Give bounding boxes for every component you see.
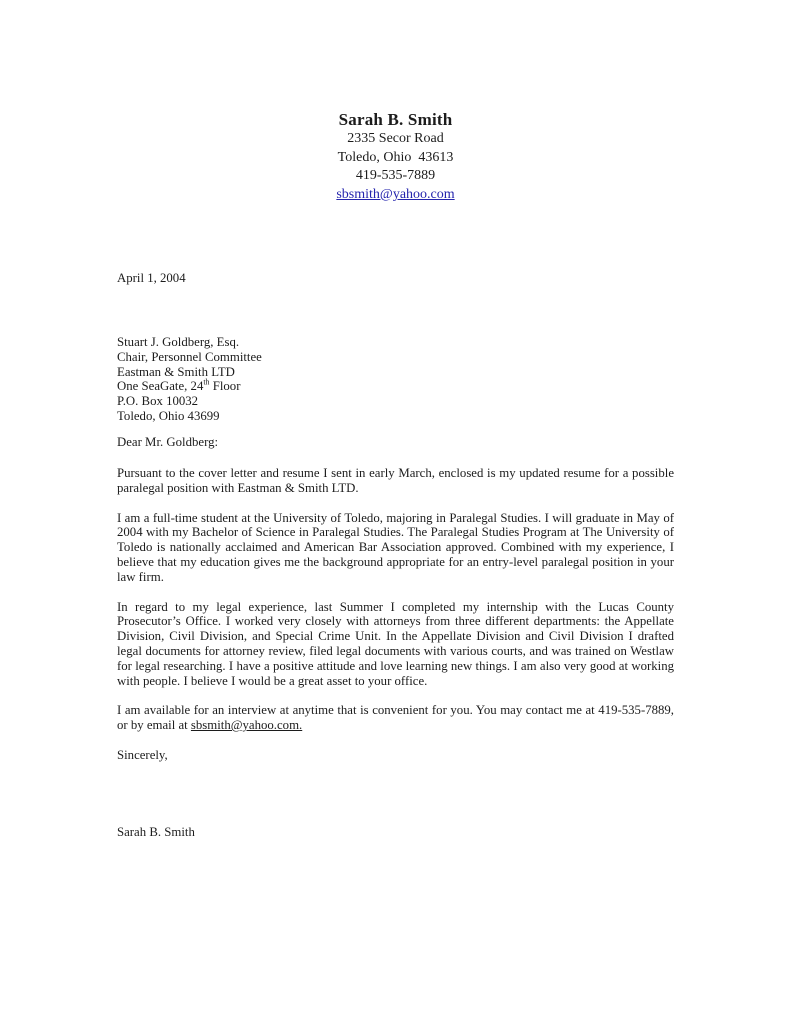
- date-line: April 1, 2004: [117, 271, 186, 286]
- recipient-city-state-zip: Toledo, Ohio 43699: [117, 409, 262, 424]
- sender-name: Sarah B. Smith: [0, 109, 791, 130]
- recipient-company: Eastman & Smith LTD: [117, 365, 262, 380]
- recipient-address: One SeaGate, 24th Floor: [117, 379, 262, 394]
- recipient-pobox: P.O. Box 10032: [117, 394, 262, 409]
- closing: Sincerely,: [117, 748, 674, 763]
- body-paragraph-intro: Pursuant to the cover letter and resume …: [117, 466, 674, 496]
- letterhead: Sarah B. Smith 2335 Secor Road Toledo, O…: [0, 109, 791, 204]
- salutation: Dear Mr. Goldberg:: [117, 435, 218, 450]
- recipient-title: Chair, Personnel Committee: [117, 350, 262, 365]
- letter-body: Pursuant to the cover letter and resume …: [117, 466, 674, 840]
- body-paragraph-availability: I am available for an interview at anyti…: [117, 703, 674, 733]
- letter-page: Sarah B. Smith 2335 Secor Road Toledo, O…: [0, 0, 791, 1024]
- sender-city-state-zip: Toledo, Ohio 43613: [0, 149, 791, 168]
- recipient-address-suffix: Floor: [210, 379, 241, 393]
- sender-phone: 419-535-7889: [0, 167, 791, 186]
- sender-street: 2335 Secor Road: [0, 130, 791, 149]
- recipient-address-text: One SeaGate, 24: [117, 379, 203, 393]
- body-email-link[interactable]: sbsmith@yahoo.com.: [191, 718, 302, 732]
- signature-name: Sarah B. Smith: [117, 825, 674, 840]
- sender-email-link[interactable]: sbsmith@yahoo.com: [336, 187, 454, 202]
- sender-email-line: sbsmith@yahoo.com: [0, 186, 791, 205]
- body-paragraph-experience: In regard to my legal experience, last S…: [117, 600, 674, 689]
- body-paragraph-education: I am a full-time student at the Universi…: [117, 511, 674, 585]
- recipient-block: Stuart J. Goldberg, Esq. Chair, Personne…: [117, 335, 262, 424]
- recipient-name: Stuart J. Goldberg, Esq.: [117, 335, 262, 350]
